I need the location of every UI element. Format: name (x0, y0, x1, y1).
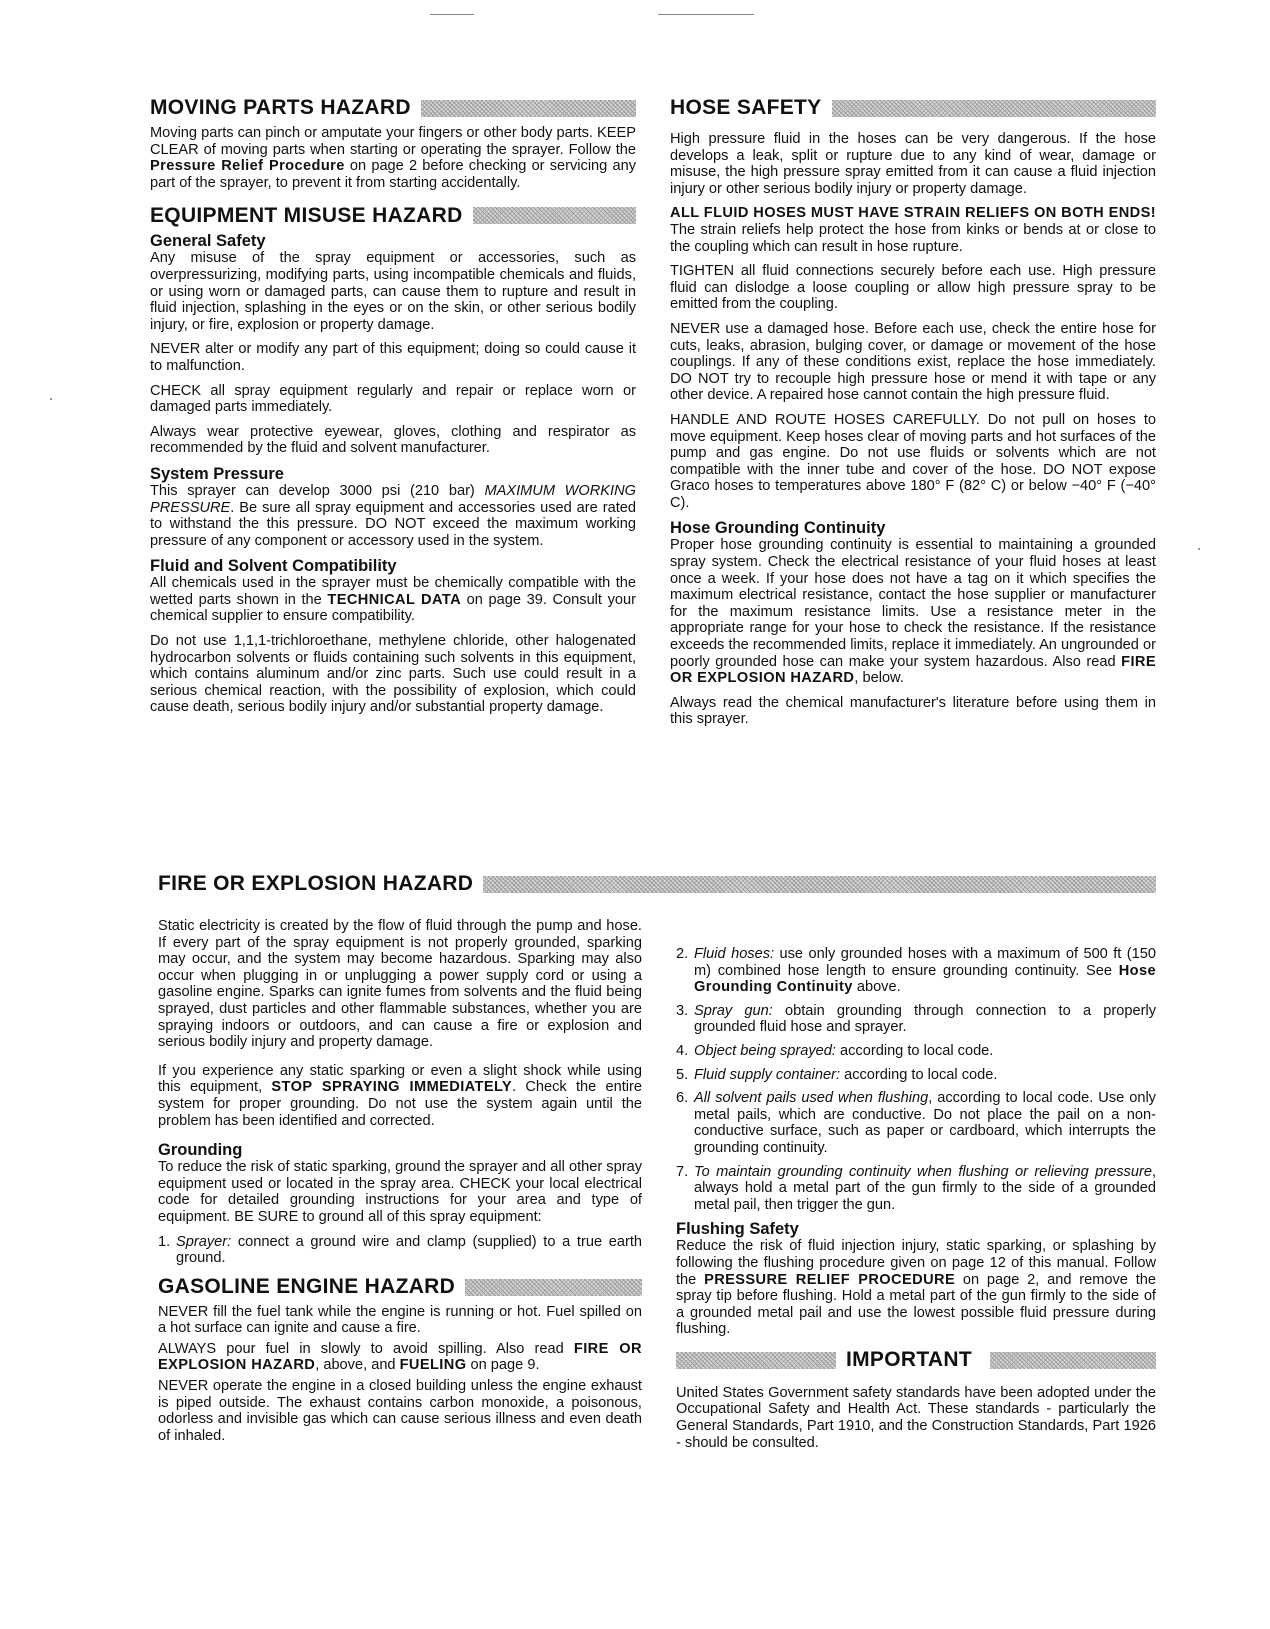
section-heading: FIRE OR EXPLOSION HAZARD (158, 876, 1156, 893)
paragraph: NEVER alter or modify any part of this e… (150, 341, 636, 374)
paragraph: NEVER use a damaged hose. Before each us… (670, 321, 1156, 404)
left-column-top: MOVING PARTS HAZARD Moving parts can pin… (150, 100, 636, 724)
paragraph: Always wear protective eyewear, gloves, … (150, 424, 636, 457)
paragraph: HANDLE AND ROUTE HOSES CAREFULLY. Do not… (670, 412, 1156, 512)
paragraph: All chemicals used in the sprayer must b… (150, 575, 636, 625)
paragraph: High pressure fluid in the hoses can be … (670, 131, 1156, 197)
hatch-bar (421, 100, 636, 117)
hatch-bar (465, 1279, 642, 1296)
paragraph: ALWAYS pour fuel in slowly to avoid spil… (158, 1341, 642, 1374)
section-heading: EQUIPMENT MISUSE HAZARD (150, 207, 636, 224)
moving-parts-section: MOVING PARTS HAZARD Moving parts can pin… (150, 100, 636, 191)
paragraph: Any misuse of the spray equipment or acc… (150, 250, 636, 333)
fire-explosion-heading-row: FIRE OR EXPLOSION HAZARD (158, 876, 1156, 901)
paragraph: Proper hose grounding continuity is esse… (670, 537, 1156, 686)
scan-speck (50, 398, 52, 400)
right-column-bottom: 2. Fluid hoses: use only grounded hoses … (676, 946, 1156, 1459)
hatch-bar (832, 100, 1157, 117)
list-item: 4. Object being sprayed: according to lo… (676, 1043, 1156, 1060)
hatch-bar (483, 876, 1156, 893)
list-item: 5. Fluid supply container: according to … (676, 1067, 1156, 1084)
list-item: 3. Spray gun: obtain grounding through c… (676, 1003, 1156, 1036)
left-column-bottom: Static electricity is created by the flo… (158, 918, 642, 1452)
list-item: 7. To maintain grounding continuity when… (676, 1164, 1156, 1214)
subheading: Fluid and Solvent Compatibility (150, 557, 636, 575)
subheading: System Pressure (150, 465, 636, 483)
paragraph: If you experience any static sparking or… (158, 1063, 642, 1129)
gasoline-engine-section: GASOLINE ENGINE HAZARD NEVER fill the fu… (158, 1279, 642, 1445)
paragraph: This sprayer can develop 3000 psi (210 b… (150, 483, 636, 549)
grounding-list: 1. Sprayer: connect a ground wire and cl… (158, 1234, 642, 1267)
hatch-bar (990, 1352, 1156, 1369)
hose-grounding-section: Hose Grounding Continuity Proper hose gr… (670, 519, 1156, 728)
list-item: 6. All solvent pails used when flushing,… (676, 1090, 1156, 1156)
scan-line-left (430, 14, 474, 15)
list-item: 2. Fluid hoses: use only grounded hoses … (676, 946, 1156, 996)
hatch-bar (676, 1352, 836, 1369)
scan-speck (1198, 548, 1200, 550)
paragraph: To reduce the risk of static sparking, g… (158, 1159, 642, 1225)
grounding-list-continued: 2. Fluid hoses: use only grounded hoses … (676, 946, 1156, 1213)
paragraph: United States Government safety standard… (676, 1385, 1156, 1451)
paragraph: TIGHTEN all fluid connections securely b… (670, 263, 1156, 313)
scan-line-right (658, 14, 754, 15)
list-item: 1. Sprayer: connect a ground wire and cl… (158, 1234, 642, 1267)
paragraph: NEVER fill the fuel tank while the engin… (158, 1304, 642, 1337)
subheading: General Safety (150, 232, 636, 250)
paragraph: Moving parts can pinch or amputate your … (150, 125, 636, 191)
paragraph: NEVER operate the engine in a closed bui… (158, 1378, 642, 1444)
section-heading: HOSE SAFETY (670, 100, 1156, 117)
hose-safety-section: HOSE SAFETY High pressure fluid in the h… (670, 100, 1156, 511)
important-section: IMPORTANT United States Government safet… (676, 1352, 1156, 1451)
section-heading: IMPORTANT (676, 1352, 1156, 1369)
section-heading: MOVING PARTS HAZARD (150, 100, 636, 117)
paragraph: Static electricity is created by the flo… (158, 918, 642, 1051)
hatch-bar (473, 207, 636, 224)
paragraph: Always read the chemical manufacturer's … (670, 695, 1156, 728)
paragraph: Do not use 1,1,1-trichloroethane, methyl… (150, 633, 636, 716)
subheading: Grounding (158, 1141, 642, 1159)
paragraph: CHECK all spray equipment regularly and … (150, 383, 636, 416)
subheading: Hose Grounding Continuity (670, 519, 1156, 537)
equipment-misuse-section: EQUIPMENT MISUSE HAZARD General Safety A… (150, 207, 636, 716)
right-column-top: HOSE SAFETY High pressure fluid in the h… (670, 100, 1156, 736)
paragraph: Reduce the risk of fluid injection injur… (676, 1238, 1156, 1338)
section-heading: GASOLINE ENGINE HAZARD (158, 1279, 642, 1296)
paragraph: ALL FLUID HOSES MUST HAVE STRAIN RELIEFS… (670, 205, 1156, 255)
subheading: Flushing Safety (676, 1220, 1156, 1238)
